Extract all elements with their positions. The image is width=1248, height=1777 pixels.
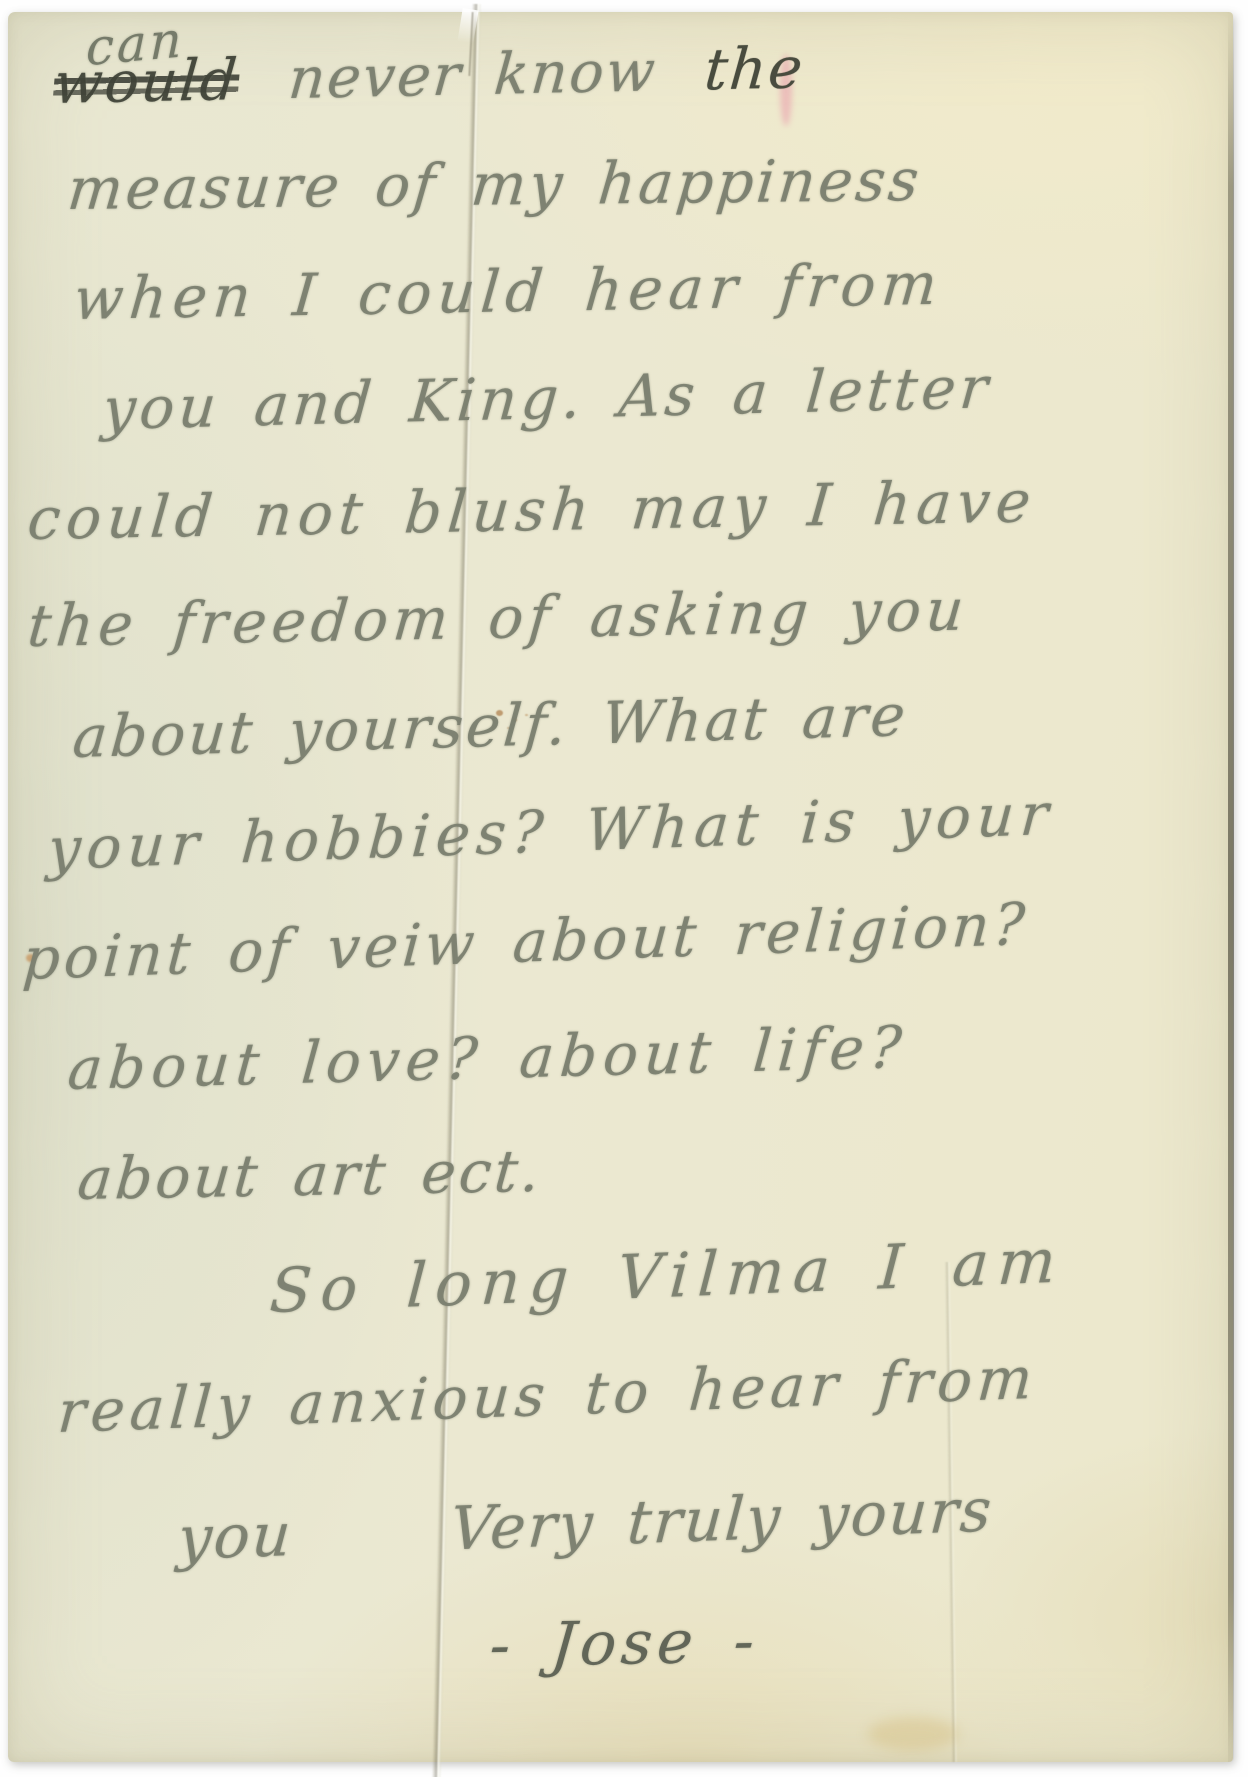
signature: - Jose - — [487, 1607, 762, 1681]
retraced-word: the — [702, 36, 807, 104]
closing-you: you — [176, 1501, 295, 1574]
handwritten-line: when I could hear from — [71, 251, 946, 333]
handwritten-line: you and King. As a letter — [100, 354, 994, 443]
line-text: never know — [286, 39, 660, 112]
valediction: Very truly yours — [448, 1476, 995, 1564]
handwritten-line: your hobbies? What is your — [46, 781, 1057, 883]
handwritten-line: about art ect. — [75, 1138, 545, 1213]
line-closing: you Very truly yours — [176, 1476, 996, 1574]
line-opening: would never know the — [51, 36, 807, 117]
handwritten-line: point of veiw about religion? — [21, 891, 1031, 993]
bottom-stain — [868, 1717, 958, 1751]
handwritten-line: measure of my happiness — [65, 147, 925, 223]
handwritten-line: about yourself. What are — [70, 682, 910, 771]
handwritten-line: could not blush may I have — [25, 468, 1039, 552]
letter-page: can would never know the measure of my h… — [8, 12, 1233, 1762]
handwritten-line: the freedom of asking you — [25, 577, 971, 660]
handwritten-line: about love? about life? — [65, 1014, 910, 1103]
page-right-edge — [1228, 12, 1234, 1762]
struck-word: would — [51, 48, 241, 118]
handwritten-line: really anxious to hear from — [56, 1345, 1040, 1446]
scanned-letter: can would never know the measure of my h… — [0, 0, 1248, 1777]
